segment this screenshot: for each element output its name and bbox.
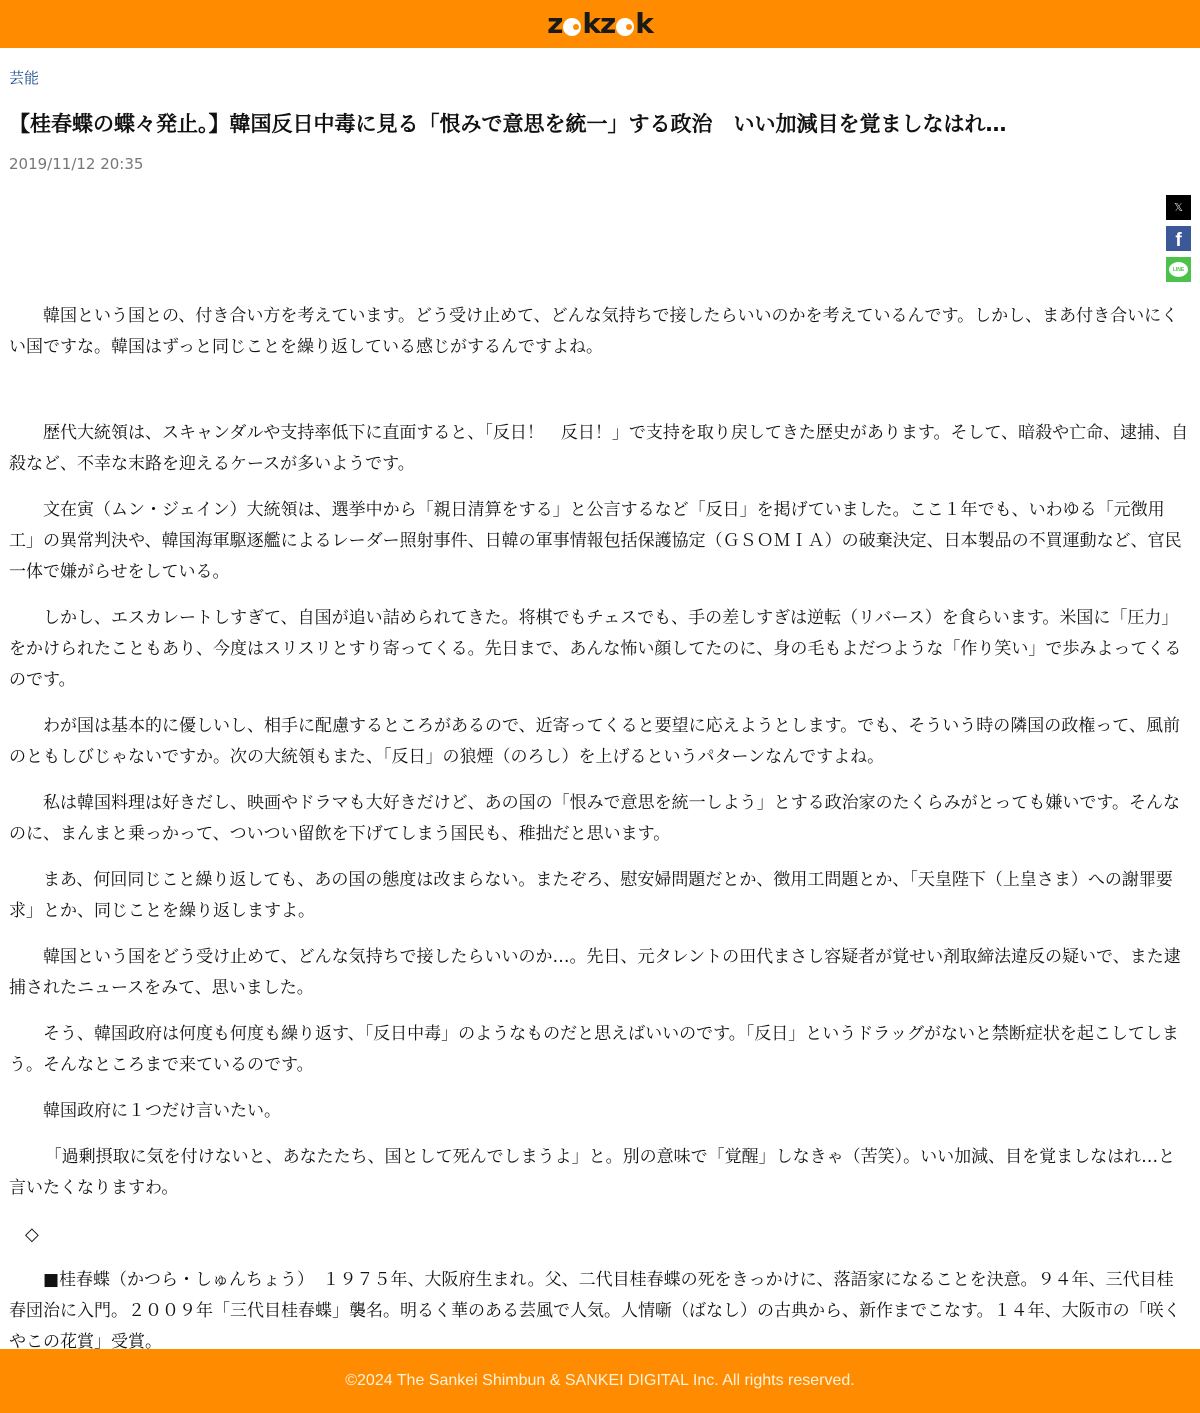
article-paragraph: 歴代大統領は、スキャンダルや支持率低下に直面すると、「反日！ 反日！」で支持を取… bbox=[9, 418, 1190, 480]
zakzak-logo[interactable]: z kz k bbox=[547, 10, 653, 38]
article-paragraph: しかし、エスカレートしすぎて、自国が追い詰められてきた。将棋でもチェスでも、手の… bbox=[9, 603, 1190, 696]
logo-ring-icon bbox=[616, 18, 634, 36]
publish-date: 2019/11/12 20:35 bbox=[9, 154, 1190, 174]
article-body: 韓国という国との、付き合い方を考えています。どう受け止めて、どんな気持ちで接した… bbox=[9, 301, 1190, 1358]
share-line-button[interactable]: LINE bbox=[1166, 257, 1191, 282]
share-facebook-button[interactable]: f bbox=[1166, 226, 1191, 251]
article-paragraph: 韓国という国との、付き合い方を考えています。どう受け止めて、どんな気持ちで接した… bbox=[9, 301, 1190, 363]
paragraph-spacer bbox=[9, 378, 1190, 418]
copyright-text: ©2024 The Sankei Shimbun & SANKEI DIGITA… bbox=[345, 1372, 855, 1390]
logo-text-kz: kz bbox=[582, 10, 615, 38]
share-x-button[interactable]: 𝕏 bbox=[1166, 195, 1191, 220]
x-icon: 𝕏 bbox=[1174, 201, 1183, 214]
facebook-icon: f bbox=[1175, 230, 1181, 252]
share-buttons: 𝕏 f LINE bbox=[1166, 195, 1191, 282]
logo-ring-icon bbox=[563, 18, 581, 36]
article-paragraph: 韓国政府に１つだけ言いたい。 bbox=[9, 1096, 1190, 1127]
line-icon: LINE bbox=[1169, 262, 1188, 277]
article-paragraph: 「過剰摂取に気を付けないと、あなたたち、国として死んでしまうよ」と。別の意味で「… bbox=[9, 1142, 1190, 1204]
article-paragraph: まあ、何回同じこと繰り返しても、あの国の態度は改まらない。またぞろ、慰安婦問題だ… bbox=[9, 865, 1190, 927]
logo-text-z: z bbox=[547, 10, 562, 38]
section-divider-diamond-icon: ◇ bbox=[9, 1219, 1190, 1250]
site-footer: ©2024 The Sankei Shimbun & SANKEI DIGITA… bbox=[0, 1349, 1200, 1413]
article-paragraph: 文在寅（ムン・ジェイン）大統領は、選挙中から「親日清算をする」と公言するなど「反… bbox=[9, 495, 1190, 588]
logo-text-k: k bbox=[635, 10, 653, 38]
article-paragraph: わが国は基本的に優しいし、相手に配慮するところがあるので、近寄ってくると要望に応… bbox=[9, 711, 1190, 773]
category-link[interactable]: 芸能 bbox=[9, 68, 39, 88]
article-paragraph: そう、韓国政府は何度も何度も繰り返す、「反日中毒」のようなものだと思えばいいので… bbox=[9, 1019, 1190, 1081]
site-header: z kz k bbox=[0, 0, 1200, 48]
article-container: 芸能 【桂春蝶の蝶々発止。】韓国反日中毒に見る「恨みで意思を統一」する政治 いい… bbox=[0, 48, 1200, 1358]
article-title: 【桂春蝶の蝶々発止。】韓国反日中毒に見る「恨みで意思を統一」する政治 いい加減目… bbox=[9, 109, 1190, 139]
article-paragraph: 韓国という国をどう受け止めて、どんな気持ちで接したらいいのか…。先日、元タレント… bbox=[9, 942, 1190, 1004]
article-paragraph: 私は韓国料理は好きだし、映画やドラマも大好きだけど、あの国の「恨みで意思を統一し… bbox=[9, 788, 1190, 850]
author-profile: ■桂春蝶（かつら・しゅんちょう） １９７５年、大阪府生まれ。父、二代目桂春蝶の死… bbox=[9, 1265, 1190, 1358]
